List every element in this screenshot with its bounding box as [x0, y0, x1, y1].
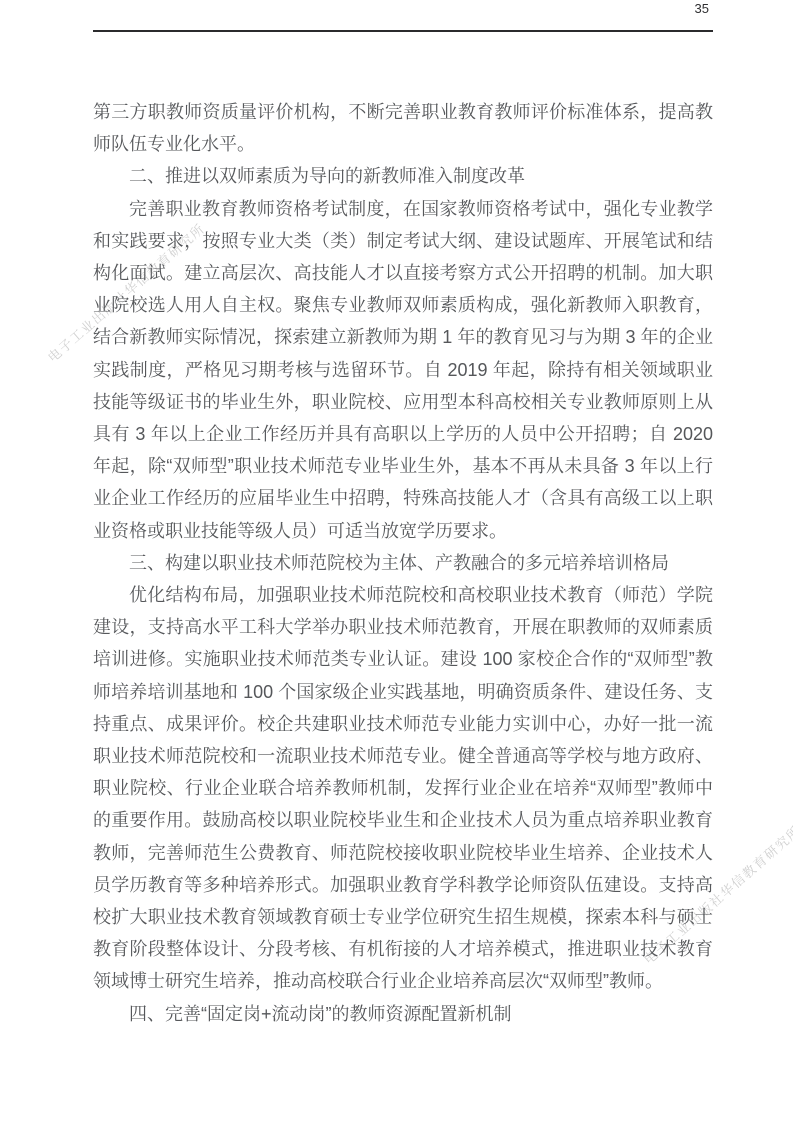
section-heading: 二、推进以双师素质为导向的新教师准入制度改革 [93, 160, 713, 192]
header-rule [93, 30, 713, 32]
section-heading: 三、构建以职业技术师范院校为主体、产教融合的多元培养培训格局 [93, 547, 713, 579]
section-heading: 四、完善“固定岗+流动岗”的教师资源配置新机制 [93, 998, 713, 1030]
paragraph: 完善职业教育教师资格考试制度，在国家教师资格考试中，强化专业教学和实践要求，按照… [93, 193, 713, 547]
paragraph: 第三方职教师资质量评价机构，不断完善职业教育教师评价标准体系，提高教师队伍专业化… [93, 96, 713, 160]
paragraph: 优化结构布局，加强职业技术师范院校和高校职业技术教育（师范）学院建设，支持高水平… [93, 579, 713, 998]
document-body: 第三方职教师资质量评价机构，不断完善职业教育教师评价标准体系，提高教师队伍专业化… [93, 96, 713, 1030]
page-number: 35 [695, 1, 709, 16]
document-page: 35 电子工业出版社华信教育研究所 电子工业出版社华信教育研究所 第三方职教师资… [0, 0, 793, 1122]
